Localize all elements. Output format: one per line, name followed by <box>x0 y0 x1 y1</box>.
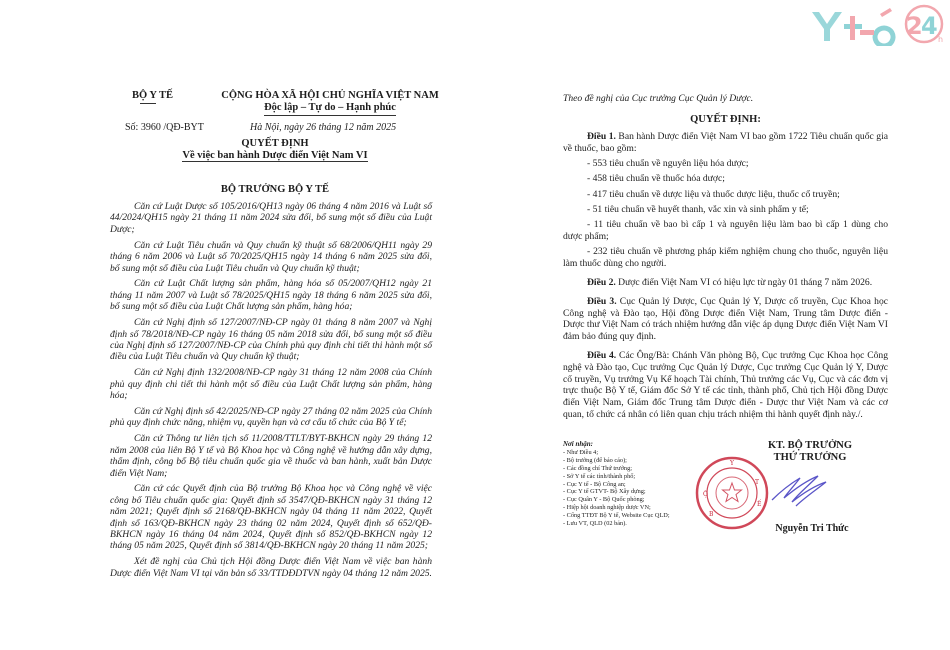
proposal-line: Theo đề nghị của Cục trưởng Cục Quản lý … <box>563 93 888 105</box>
motto-text: Độc lập – Tự do – Hạnh phúc <box>264 102 396 116</box>
article-1-item: - 553 tiêu chuẩn về nguyên liệu hóa dược… <box>563 158 888 170</box>
article-text: Dược điển Việt Nam VI có hiệu lực từ ngà… <box>616 277 872 288</box>
svg-text:T: T <box>755 479 759 486</box>
svg-text:B: B <box>709 511 714 518</box>
yte24h-logo-icon: 2 4 h <box>798 2 948 46</box>
article-4: Điều 4. Các Ông/Bà: Chánh Văn phòng Bộ, … <box>563 350 888 421</box>
decision-subject: Về việc ban hành Dược điển Việt Nam VI <box>110 150 440 162</box>
signer-line-1: KT. BỘ TRƯỞNG <box>735 440 885 452</box>
legal-basis-item: Căn cứ Luật Chất lượng sản phẩm, hàng hó… <box>110 278 432 312</box>
legal-basis-item: Căn cứ Luật Dược số 105/2016/QH13 ngày 0… <box>110 201 432 235</box>
issuing-authority: BỘ Y TẾ <box>132 90 173 101</box>
article-label: Điều 3. <box>587 296 617 307</box>
legal-basis-item: Căn cứ Nghị định số 127/2007/NĐ-CP ngày … <box>110 317 432 363</box>
decision-title: QUYẾT ĐỊNH Về việc ban hành Dược điển Vi… <box>110 138 440 162</box>
authority-heading: BỘ TRƯỞNG BỘ Y TẾ <box>110 184 440 195</box>
legal-basis-item: Xét đề nghị của Chủ tịch Hội đồng Dược đ… <box>110 556 432 579</box>
official-seal-icon: Y Ộ B T Ế <box>695 456 769 530</box>
article-label: Điều 1. <box>587 131 616 142</box>
article-2: Điều 2. Dược điển Việt Nam VI có hiệu lự… <box>563 277 888 289</box>
svg-text:Y: Y <box>729 460 735 467</box>
legal-basis-item: Căn cứ Thông tư liên tịch số 11/2008/TTL… <box>110 433 432 479</box>
article-1-item: - 232 tiêu chuẩn về phương pháp kiểm ngh… <box>563 246 888 270</box>
svg-text:Ế: Ế <box>757 500 762 508</box>
decision-title-main: QUYẾT ĐỊNH <box>110 138 440 150</box>
article-3: Điều 3. Cục Quản lý Dược, Cục Quản lý Y,… <box>563 296 888 343</box>
article-1-item: - 458 tiêu chuẩn về thuốc hóa dược; <box>563 173 888 185</box>
article-1-item: - 417 tiêu chuẩn về dược liệu và thuốc d… <box>563 189 888 201</box>
legal-basis-item: Căn cứ Nghị định số 42/2025/NĐ-CP ngày 2… <box>110 406 432 429</box>
svg-text:4: 4 <box>921 12 938 40</box>
article-1-item: - 11 tiêu chuẩn về bao bì cấp 1 và nguyê… <box>563 219 888 243</box>
legal-basis-item: Căn cứ các Quyết định của Bộ trưởng Bộ K… <box>110 483 432 551</box>
svg-text:h: h <box>938 35 943 44</box>
place-date: Hà Nội, ngày 26 tháng 12 năm 2025 <box>250 122 396 133</box>
signer-name: Nguyễn Tri Thức <box>742 523 882 534</box>
article-label: Điều 2. <box>587 277 616 288</box>
legal-basis-item: Căn cứ Nghị định 132/2008/NĐ-CP ngày 31 … <box>110 367 432 401</box>
article-1: Điều 1. Ban hành Dược điển Việt Nam VI b… <box>563 131 888 155</box>
recipients-heading: Nơi nhận: <box>563 441 733 449</box>
document-number: Số: 3960 /QĐ-BYT <box>125 122 204 133</box>
article-1-item: - 51 tiêu chuẩn về huyết thanh, vắc xin … <box>563 204 888 216</box>
nation-text: CỘNG HÒA XÃ HỘI CHỦ NGHĨA VIỆT NAM <box>220 90 440 102</box>
divider <box>140 103 156 104</box>
decision-heading: QUYẾT ĐỊNH: <box>563 114 888 125</box>
issuer-text: BỘ Y TẾ <box>132 90 173 101</box>
svg-text:Ộ: Ộ <box>703 490 708 498</box>
article-label: Điều 4. <box>587 350 616 361</box>
legal-basis: Căn cứ Luật Dược số 105/2016/QH13 ngày 0… <box>110 201 432 584</box>
national-title: CỘNG HÒA XÃ HỘI CHỦ NGHĨA VIỆT NAM Độc l… <box>220 90 440 116</box>
decision-subject-text: Về việc ban hành Dược điển Việt Nam VI <box>182 150 367 162</box>
legal-basis-item: Căn cứ Luật Tiêu chuẩn và Quy chuẩn kỹ t… <box>110 240 432 274</box>
handwritten-signature-icon <box>770 470 830 510</box>
articles: Điều 1. Ban hành Dược điển Việt Nam VI b… <box>563 131 888 424</box>
